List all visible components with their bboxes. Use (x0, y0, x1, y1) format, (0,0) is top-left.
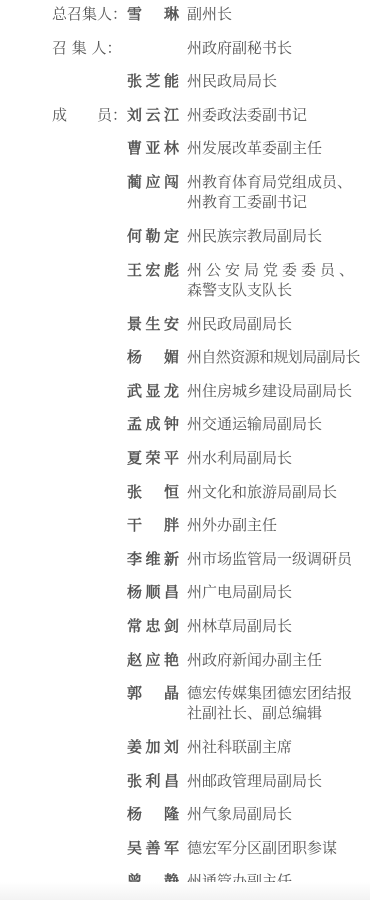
person-name: 景生安 (127, 314, 179, 334)
person-name: 吴善军 (127, 838, 179, 858)
person-name: 杨 媚 (127, 347, 179, 367)
person-name: 杨 隆 (127, 804, 179, 824)
person-title: 州交通运输局副局长 (187, 414, 362, 434)
person-name: 夏荣平 (127, 448, 179, 468)
person-name: 孟成钟 (127, 414, 179, 434)
person-title: 州民族宗教局副局长 (187, 226, 362, 246)
person-name: 张利昌 (127, 771, 179, 791)
person-name: 蔺应闯 (127, 172, 179, 192)
person-name: 张 恒 (127, 482, 179, 502)
role-label: 成 员： (52, 105, 122, 125)
person-name: 何勒定 (127, 226, 179, 246)
person-title: 州住房城乡建设局副局长 (187, 381, 362, 401)
person-title: 州外办副主任 (187, 515, 362, 535)
person-title: 州文化和旅游局副局长 (187, 482, 362, 502)
person-name: 常忠剑 (127, 616, 179, 636)
person-name: 雪 琳 (127, 4, 179, 24)
person-name: 郭 晶 (127, 683, 179, 703)
person-title: 州民政局副局长 (187, 314, 362, 334)
person-title: 州政府新闻办副主任 (187, 650, 362, 670)
person-title: 州市场监管局一级调研员 (187, 549, 362, 569)
person-title: 副州长 (187, 4, 362, 24)
person-title: 州水利局副局长 (187, 448, 362, 468)
person-name: 武显龙 (127, 381, 179, 401)
person-title: 德宏军分区副团职参谋 (187, 838, 362, 858)
person-name: 李维新 (127, 549, 179, 569)
person-title: 州委政法委副书记 (187, 105, 362, 125)
person-title: 德宏传媒集团德宏团结报社副社长、副总编辑 (187, 683, 362, 723)
person-title: 州邮政管理局副局长 (187, 771, 362, 791)
person-title: 州自然资源和规划局副局长 (187, 347, 362, 367)
bottom-fade (0, 882, 370, 900)
person-name: 姜加刘 (127, 737, 179, 757)
person-title: 州社科联副主席 (187, 737, 362, 757)
person-title: 州广电局副局长 (187, 582, 362, 602)
person-name: 曹亚林 (127, 138, 179, 158)
person-name: 张芝能 (127, 71, 179, 91)
person-name: 干 胖 (127, 515, 179, 535)
person-title: 州政府副秘书长 (187, 38, 362, 58)
person-title: 州教育体育局党组成员、州教育工委副书记 (187, 172, 362, 212)
person-name: 赵应艳 (127, 650, 179, 670)
person-name: 杨顺昌 (127, 582, 179, 602)
person-title: 州公安局党委委员、森警支队支队长 (187, 260, 362, 300)
role-label: 总召集人： (52, 4, 122, 24)
role-label: 召 集 人： (52, 38, 122, 58)
person-title: 州发展改革委副主任 (187, 138, 362, 158)
person-title: 州林草局副局长 (187, 616, 362, 636)
person-name: 王宏彪 (127, 260, 179, 280)
person-title: 州民政局局长 (187, 71, 362, 91)
person-name: 刘云江 (127, 105, 179, 125)
person-title: 州气象局副局长 (187, 804, 362, 824)
